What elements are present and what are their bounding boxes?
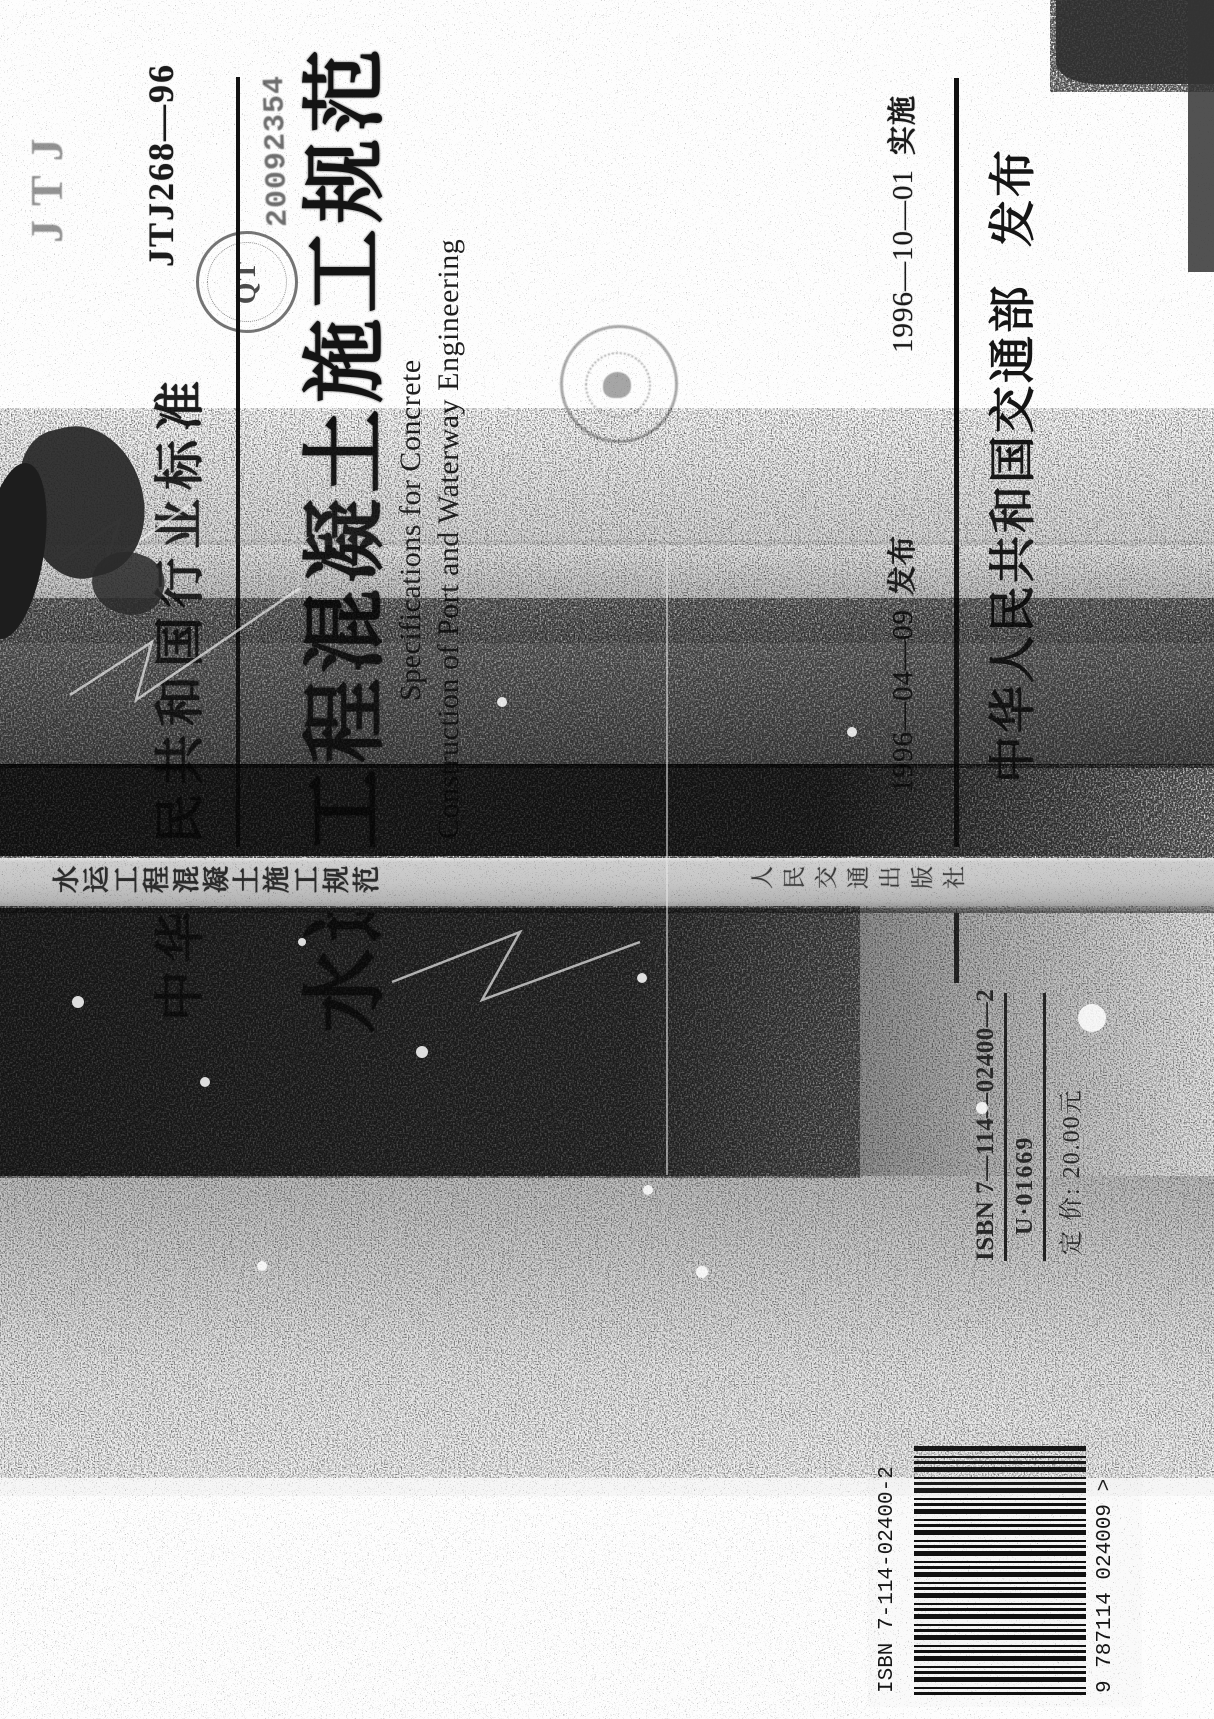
- issuer-line: 中华人民共和国交通部发布: [976, 147, 1043, 783]
- effective-date-label: 实施: [887, 95, 919, 155]
- issuer-name: 中华人民共和国交通部: [986, 283, 1039, 783]
- scanned-cover-page: JTJ JTJ268—96 20092354 QT 中华人民共和国行业标准 水运…: [0, 0, 1214, 1719]
- issue-date-label: 发布: [887, 535, 919, 595]
- issue-date: 1996—04—09: [887, 609, 919, 793]
- isbn-price-block: ISBN 7—114—02400—2 U·01669 定 价: 20.00元: [972, 993, 1086, 1261]
- barcode-panel: ISBN 7-114-02400-2 9 787114 024009 >: [868, 1429, 1142, 1707]
- cover-title-en-line1: Specifications for Concrete: [394, 359, 428, 701]
- isbn-line: ISBN 7—114—02400—2: [972, 993, 1000, 1261]
- ministry-seal-core: [603, 372, 631, 398]
- barcode-icon: [914, 1443, 1086, 1695]
- issue-date-line: 1996—04—09发布: [880, 535, 921, 793]
- catalog-number: U·01669: [1012, 993, 1039, 1261]
- ministry-seal-icon: [560, 325, 678, 443]
- standard-class-heading: 中华人民共和国行业标准: [140, 372, 212, 1021]
- standard-number: JTJ268—96: [140, 63, 182, 267]
- issuer-action: 发布: [986, 147, 1039, 247]
- library-stamp-text: QT: [207, 242, 287, 322]
- spine-publisher: 人民交通出版社: [750, 862, 974, 895]
- barcode-isbn-text: ISBN 7-114-02400-2: [876, 1466, 899, 1693]
- effective-date: 1996—10—01: [887, 169, 919, 353]
- effective-date-line: 1996—10—01实施: [880, 95, 921, 353]
- header-rule: [236, 77, 240, 861]
- barcode-digits: 9 787114 024009 >: [1094, 1479, 1117, 1693]
- spine-title: 水运工程混凝土施工规范: [52, 862, 382, 901]
- series-mark: JTJ: [20, 124, 73, 243]
- cover-title-en-line2: Construction of Port and Waterway Engine…: [432, 239, 466, 839]
- rotated-cover-sheet: JTJ JTJ268—96 20092354 QT 中华人民共和国行业标准 水运…: [0, 0, 1214, 1719]
- isbn-rule-top: [1004, 993, 1007, 1261]
- isbn-rule-bottom: [1043, 993, 1046, 1261]
- price-line: 定 价: 20.00元: [1051, 993, 1086, 1261]
